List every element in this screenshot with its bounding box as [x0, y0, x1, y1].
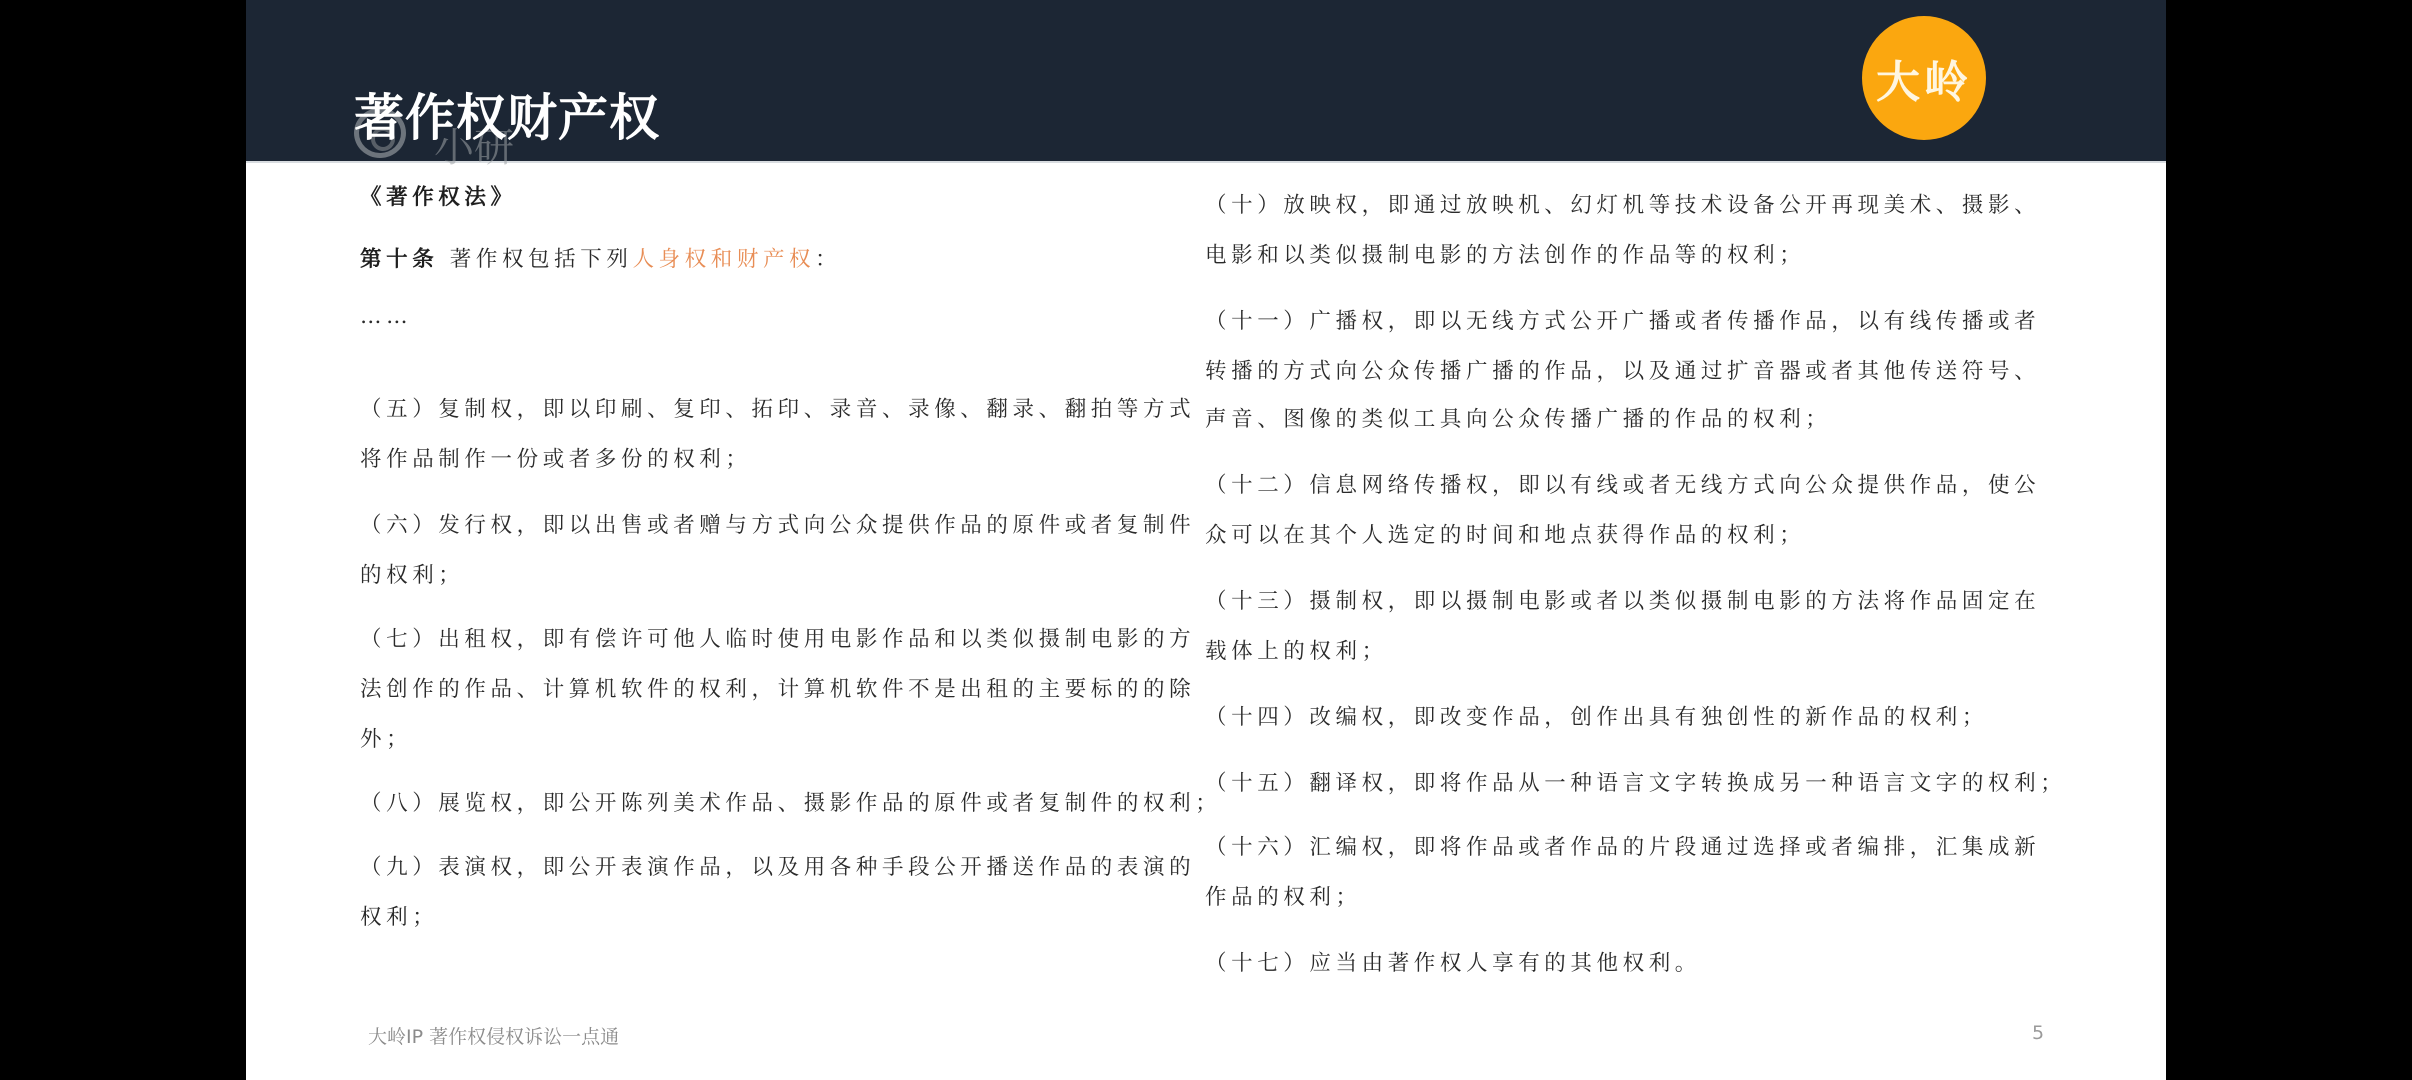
list-item-line: （十一）广播权，即以无线方式公开广播或者传播作品，以有线传播或者	[1205, 304, 2040, 335]
brand-logo-text: 大岭	[1876, 46, 1972, 110]
list-item-line: （十二）信息网络传播权，即以有线或者无线方式向公众提供作品，使公	[1205, 468, 2040, 499]
article-colon: ：	[815, 247, 841, 272]
list-item-line: 电影和以类似摄制电影的方法创作的作品等的权利；	[1205, 238, 1805, 269]
list-item-line: （八）展览权，即公开陈列美术作品、摄影作品的原件或者复制件的权利；	[360, 786, 1221, 817]
article-heading: 第十条 著作权包括下列人身权和财产权：	[360, 242, 841, 273]
list-item-line: （十六）汇编权，即将作品或者作品的片段通过选择或者编排，汇集成新	[1205, 830, 2040, 861]
list-item-line: （六）发行权，即以出售或者赠与方式向公众提供作品的原件或者复制件	[360, 508, 1195, 539]
list-item-line: 外；	[360, 722, 412, 753]
list-item-line: 众可以在其个人选定的时间和地点获得作品的权利；	[1205, 518, 1805, 549]
list-item-line: （十）放映权，即通过放映机、幻灯机等技术设备公开再现美术、摄影、	[1205, 188, 2040, 219]
article-intro: 著作权包括下列	[450, 247, 633, 272]
law-title: 《著作权法》	[360, 180, 517, 211]
slide-header: 小研 著作权财产权 大岭	[246, 0, 2166, 163]
list-item-line: （九）表演权，即公开表演作品，以及用各种手段公开播送作品的表演的	[360, 850, 1195, 881]
list-item-line: （十三）摄制权，即以摄制电影或者以类似摄制电影的方法将作品固定在	[1205, 584, 2040, 615]
list-item-line: （十七）应当由著作权人享有的其他权利。	[1205, 946, 1701, 977]
list-item-line: （七）出租权，即有偿许可他人临时使用电影作品和以类似摄制电影的方	[360, 622, 1195, 653]
list-item-line: （十四）改编权，即改变作品，创作出具有独创性的新作品的权利；	[1205, 700, 1988, 731]
list-item-line: 将作品制作一份或者多份的权利；	[360, 442, 752, 473]
list-item-line: （五）复制权，即以印刷、复印、拓印、录音、录像、翻录、翻拍等方式	[360, 392, 1195, 423]
article-highlight: 人身权和财产权	[632, 247, 815, 272]
list-item-line: 声音、图像的类似工具向公众传播广播的作品的权利；	[1205, 402, 1831, 433]
article-label: 第十条	[360, 247, 438, 272]
page-number: 5	[2032, 1022, 2044, 1044]
list-item-line: 法创作的作品、计算机软件的权利，计算机软件不是出租的主要标的的除	[360, 672, 1195, 703]
slide-title: 著作权财产权	[354, 88, 660, 148]
list-item-line: （十五）翻译权，即将作品从一种语言文字转换成另一种语言文字的权利；	[1205, 766, 2066, 797]
list-item-line: 作品的权利；	[1205, 880, 1362, 911]
ellipsis: ……	[360, 304, 412, 329]
brand-logo: 大岭	[1862, 16, 1986, 140]
presentation-slide: 小研 著作权财产权 大岭 《著作权法》 第十条 著作权包括下列人身权和财产权： …	[246, 0, 2166, 1080]
list-item-line: 载体上的权利；	[1205, 634, 1388, 665]
list-item-line: 权利；	[360, 900, 438, 931]
footer-text: 大岭IP 著作权侵权诉讼一点通	[368, 1022, 619, 1049]
list-item-line: 转播的方式向公众传播广播的作品，以及通过扩音器或者其他传送符号、	[1205, 354, 2040, 385]
list-item-line: 的权利；	[360, 558, 464, 589]
